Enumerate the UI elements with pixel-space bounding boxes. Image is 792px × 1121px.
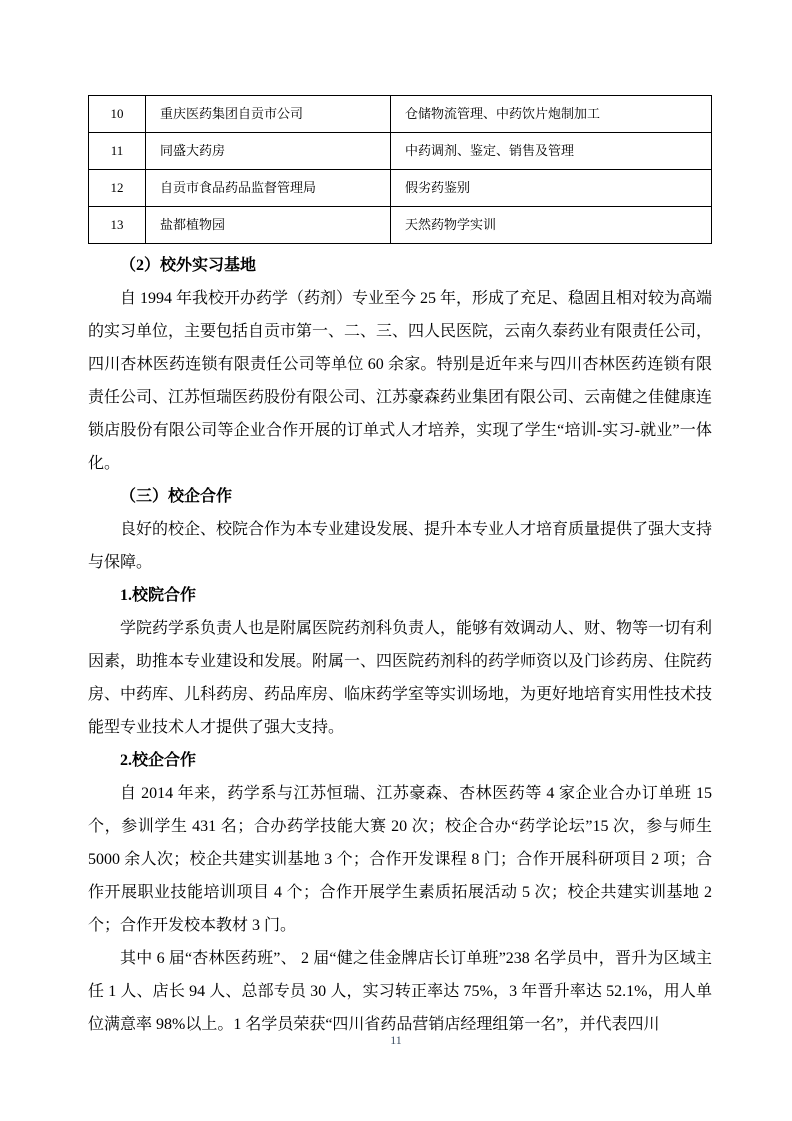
subheading-school-enterprise-cooperation: 2.校企合作 [88, 744, 712, 777]
table-cell-base-content: 天然药物学实训 [391, 207, 712, 244]
table-row: 10 重庆医药集团自贡市公司 仓储物流管理、中药饮片炮制加工 [89, 96, 712, 133]
table-cell-index: 13 [89, 207, 146, 244]
document-page: 10 重庆医药集团自贡市公司 仓储物流管理、中药饮片炮制加工 11 同盛大药房 … [0, 0, 792, 1121]
paragraph-off-campus-bases: 自 1994 年我校开办药学（药剂）专业至今 25 年，形成了充足、稳固且相对较… [88, 282, 712, 480]
subheading-school-hospital-cooperation: 1.校院合作 [88, 579, 712, 612]
paragraph-order-class-outcomes: 其中 6 届“杏林医药班”、 2 届“健之佳金牌店长订单班”238 名学员中，晋… [88, 942, 712, 1041]
table-cell-base-name: 自贡市食品药品监督管理局 [146, 170, 391, 207]
table-cell-base-content: 中药调剂、鉴定、销售及管理 [391, 133, 712, 170]
table-row: 12 自贡市食品药品监督管理局 假劣药鉴别 [89, 170, 712, 207]
table-cell-base-name: 盐都植物园 [146, 207, 391, 244]
practice-base-table: 10 重庆医药集团自贡市公司 仓储物流管理、中药饮片炮制加工 11 同盛大药房 … [88, 95, 712, 244]
table-cell-index: 12 [89, 170, 146, 207]
table-cell-base-name: 重庆医药集团自贡市公司 [146, 96, 391, 133]
table-cell-index: 11 [89, 133, 146, 170]
table-cell-base-content: 假劣药鉴别 [391, 170, 712, 207]
table-row: 13 盐都植物园 天然药物学实训 [89, 207, 712, 244]
table-cell-base-name: 同盛大药房 [146, 133, 391, 170]
table-cell-base-content: 仓储物流管理、中药饮片炮制加工 [391, 96, 712, 133]
section-heading-school-enterprise-cooperation: （三）校企合作 [88, 480, 712, 513]
paragraph-school-enterprise-stats: 自 2014 年来，药学系与江苏恒瑞、江苏豪森、杏林医药等 4 家企业合办订单班… [88, 777, 712, 942]
paragraph-school-hospital-cooperation: 学院药学系负责人也是附属医院药剂科负责人，能够有效调动人、财、物等一切有利因素，… [88, 612, 712, 744]
table-cell-index: 10 [89, 96, 146, 133]
page-number: 11 [0, 1032, 792, 1048]
table-row: 11 同盛大药房 中药调剂、鉴定、销售及管理 [89, 133, 712, 170]
section-heading-off-campus-bases: （2）校外实习基地 [88, 249, 712, 282]
paragraph-cooperation-intro: 良好的校企、校院合作为本专业建设发展、提升本专业人才培育质量提供了强大支持与保障… [88, 513, 712, 579]
document-body: （2）校外实习基地 自 1994 年我校开办药学（药剂）专业至今 25 年，形成… [88, 249, 712, 1041]
